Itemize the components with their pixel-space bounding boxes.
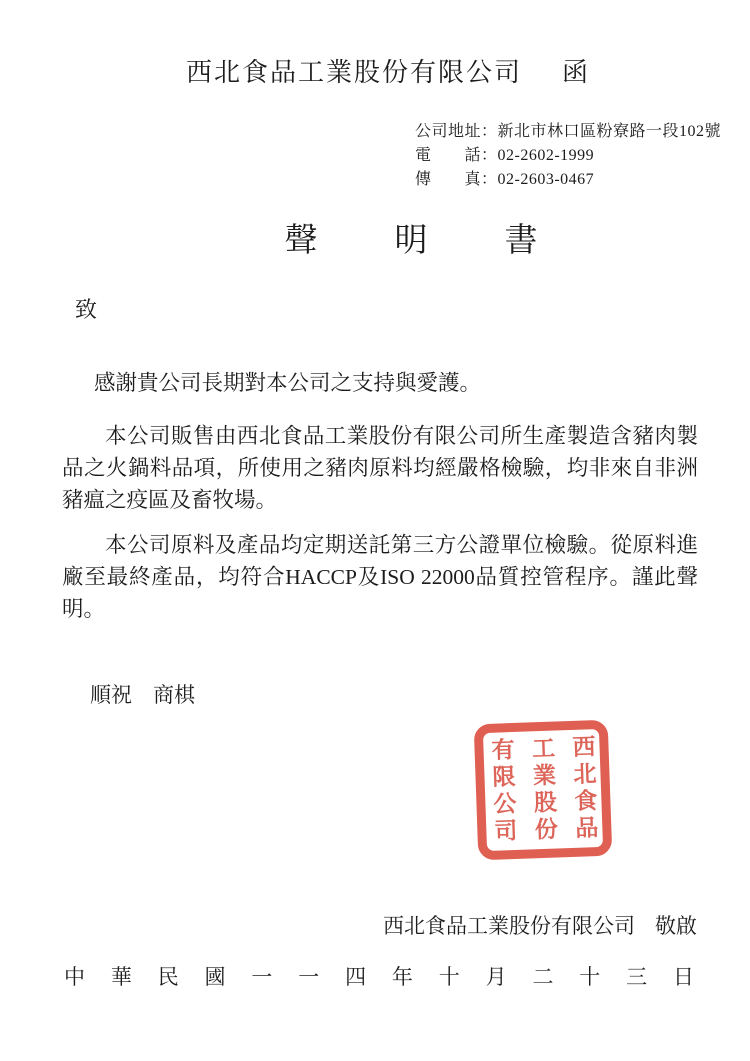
- date-char: 三: [626, 961, 647, 991]
- doc-type-label: 函: [562, 58, 590, 87]
- date-char: 中: [64, 961, 85, 991]
- seal-column-middle: 工業股份: [530, 736, 557, 845]
- signature-suffix: 敬啟: [655, 914, 697, 938]
- date-line: 中 華 民 國 一 一 四 年 十 月 二 十 三 日: [64, 961, 694, 991]
- signature-company: 西北食品工業股份有限公司: [383, 914, 635, 938]
- date-char: 華: [111, 961, 132, 991]
- date-char: 國: [205, 961, 226, 991]
- date-char: 四: [345, 961, 366, 991]
- paragraph-pork-declaration: 本公司販售由西北食品工業股份有限公司所生產製造含豬肉製品之火鍋料品項，所使用之豬…: [62, 420, 698, 516]
- date-char: 一: [251, 961, 272, 991]
- phone-value: 02-2602-1999: [498, 147, 595, 164]
- company-name: 西北食品工業股份有限公司: [186, 58, 522, 87]
- closing-wish: 順祝 商棋: [90, 679, 750, 709]
- signature-line: 西北食品工業股份有限公司敬啟: [383, 910, 697, 940]
- address-value: 新北市林口區粉寮路一段102號: [498, 123, 722, 140]
- date-char: 月: [486, 961, 507, 991]
- company-seal-stamp: 西北食品 工業股份 有限公司: [474, 720, 613, 861]
- date-char: 一: [298, 961, 319, 991]
- seal-column-left: 有限公司: [489, 737, 516, 846]
- document-heading: 聲 明 書: [36, 214, 750, 261]
- address-label: 公司地址：: [415, 123, 498, 140]
- seal-column-right: 西北食品: [570, 734, 597, 843]
- phone-label: 電 話：: [415, 147, 498, 164]
- paragraph-quality-certification: 本公司原料及產品均定期送託第三方公證單位檢驗。從原料進廠至最終產品，均符合HAC…: [62, 529, 698, 625]
- fax-label: 傳 真：: [415, 171, 498, 188]
- letter-page: 西北食品工業股份有限公司函 公司地址：新北市林口區粉寮路一段102號 電 話：0…: [0, 0, 750, 1061]
- salutation: 致: [75, 293, 750, 324]
- heading-char-2: 明: [395, 214, 428, 261]
- date-char: 日: [673, 961, 694, 991]
- date-char: 十: [579, 961, 600, 991]
- fax-value: 02-2603-0467: [498, 171, 595, 188]
- date-char: 年: [392, 961, 413, 991]
- contact-block: 公司地址：新北市林口區粉寮路一段102號 電 話：02-2602-1999 傳 …: [415, 120, 750, 192]
- contact-fax-row: 傳 真：02-2603-0467: [415, 168, 750, 192]
- letterhead-title: 西北食品工業股份有限公司函: [0, 52, 750, 89]
- contact-phone-row: 電 話：02-2602-1999: [415, 144, 750, 168]
- heading-char-1: 聲: [285, 214, 318, 261]
- date-char: 民: [158, 961, 179, 991]
- paragraph-thanks: 感謝貴公司長期對本公司之支持與愛護。: [62, 367, 698, 399]
- contact-address-row: 公司地址：新北市林口區粉寮路一段102號: [415, 120, 750, 144]
- heading-char-3: 書: [505, 214, 538, 261]
- date-char: 二: [532, 961, 553, 991]
- date-char: 十: [439, 961, 460, 991]
